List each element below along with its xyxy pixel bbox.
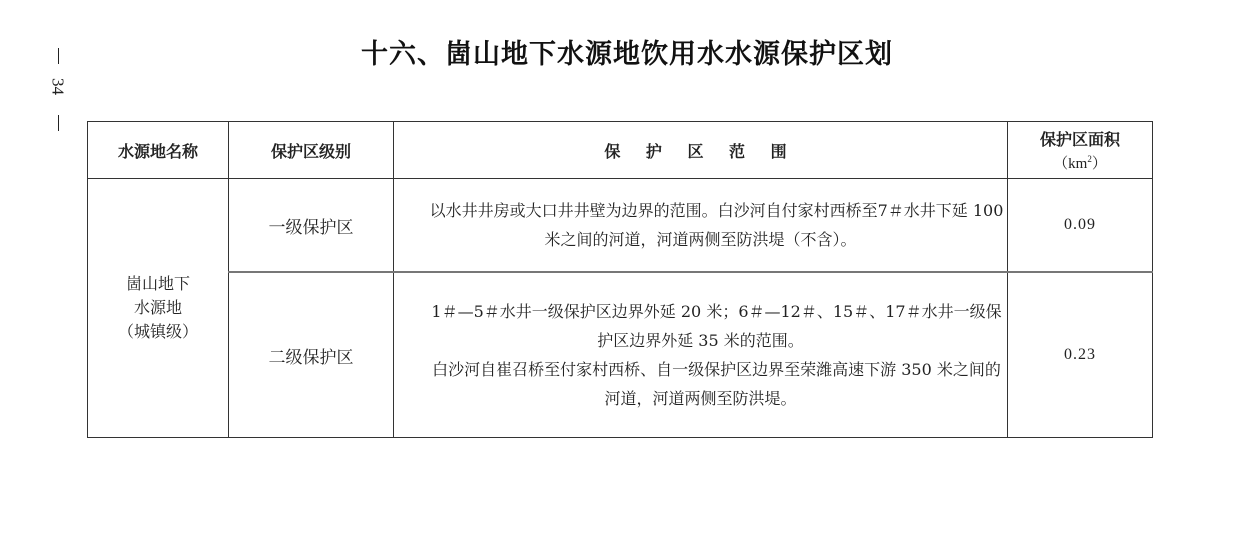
range-paragraph: 以水井井房或大口井井壁为边界的范围。白沙河自付家村西桥至7＃水井下延 100 米… — [394, 196, 1007, 254]
protection-range-cell: 以水井井房或大口井井壁为边界的范围。白沙河自付家村西桥至7＃水井下延 100 米… — [394, 179, 1008, 273]
page-number-dash-bottom — [58, 115, 59, 131]
header-protection-range: 保 护 区 范 围 — [394, 122, 1008, 179]
protection-area-cell: 0.09 — [1008, 179, 1153, 273]
protection-range-cell: 1＃—5＃水井一级保护区边界外延 20 米；6＃—12＃、15＃、17＃水井一级… — [394, 272, 1008, 438]
header-protection-level: 保护区级别 — [229, 122, 394, 179]
protection-level-cell: 二级保护区 — [229, 272, 394, 438]
unit-prefix: （km — [1053, 156, 1087, 172]
table-row: 崮山地下 水源地 （城镇级） 一级保护区 以水井井房或大口井井壁为边界的范围。白… — [88, 179, 1153, 273]
header-source-name: 水源地名称 — [88, 122, 229, 179]
table-row: 二级保护区 1＃—5＃水井一级保护区边界外延 20 米；6＃—12＃、15＃、1… — [88, 272, 1153, 438]
protection-zone-table: 水源地名称 保护区级别 保 护 区 范 围 保护区面积 （km2） 崮山地下 水… — [87, 121, 1153, 438]
range-paragraph: 白沙河自崔召桥至付家村西桥、自一级保护区边界至荣潍高速下游 350 米之间的河道… — [394, 355, 1007, 413]
source-name-cell: 崮山地下 水源地 （城镇级） — [88, 179, 229, 438]
page-title: 十六、崮山地下水源地饮用水水源保护区划 — [0, 32, 1246, 71]
header-area-label: 保护区面积 — [1040, 130, 1120, 149]
range-paragraph: 1＃—5＃水井一级保护区边界外延 20 米；6＃—12＃、15＃、17＃水井一级… — [394, 297, 1007, 355]
header-area-unit: （km2） — [1008, 152, 1152, 173]
header-protection-area: 保护区面积 （km2） — [1008, 122, 1153, 179]
unit-suffix: ） — [1092, 156, 1107, 172]
source-name-line: （城镇级） — [88, 320, 228, 344]
source-name-line: 水源地 — [88, 296, 228, 320]
protection-level-cell: 一级保护区 — [229, 179, 394, 273]
protection-area-cell: 0.23 — [1008, 272, 1153, 438]
page-number-value: 34 — [50, 78, 67, 95]
table-header-row: 水源地名称 保护区级别 保 护 区 范 围 保护区面积 （km2） — [88, 122, 1153, 179]
source-name-line: 崮山地下 — [88, 272, 228, 296]
